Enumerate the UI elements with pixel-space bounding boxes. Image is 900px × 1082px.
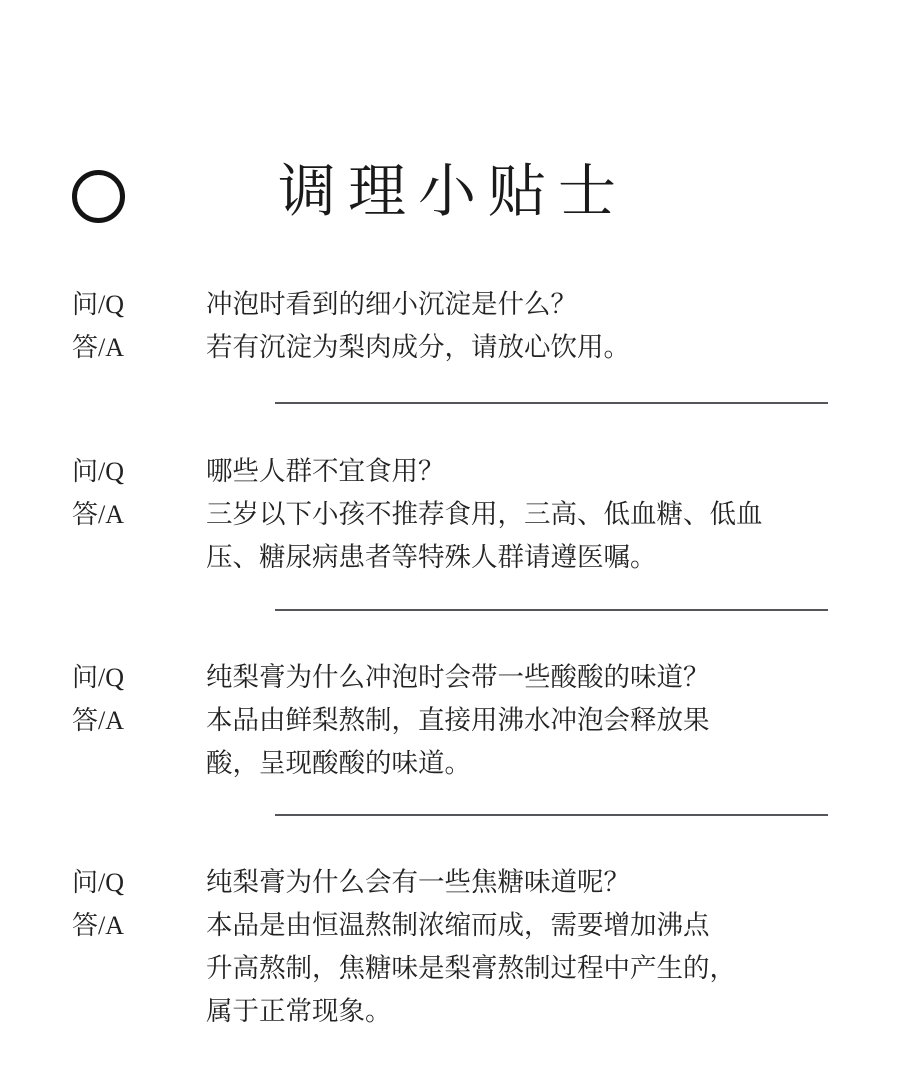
divider: [275, 402, 828, 404]
circle-outline-icon: [72, 170, 125, 223]
question-label: 问/Q: [72, 656, 206, 699]
qa-content: 哪些人群不宜食用？ 三岁以下小孩不推荐食用，三高、低血糖、低血 压、糖尿病患者等…: [206, 450, 772, 579]
answer-line: 升高熬制，焦糖味是梨膏熬制过程中产生的，: [206, 947, 772, 990]
qa-block-2: 问/Q 答/A 哪些人群不宜食用？ 三岁以下小孩不推荐食用，三高、低血糖、低血 …: [0, 450, 900, 579]
answer-label: 答/A: [72, 904, 206, 947]
answer-line: 本品是由恒温熬制浓缩而成，需要增加沸点: [206, 904, 772, 947]
divider: [275, 814, 828, 816]
answer-line: 属于正常现象。: [206, 990, 772, 1033]
qa-content: 纯梨膏为什么冲泡时会带一些酸酸的味道？ 本品由鲜梨熬制，直接用沸水冲泡会释放果 …: [206, 656, 772, 785]
answer-line: 三岁以下小孩不推荐食用，三高、低血糖、低血: [206, 493, 772, 536]
question-text: 冲泡时看到的细小沉淀是什么？: [206, 283, 772, 326]
question-text: 纯梨膏为什么冲泡时会带一些酸酸的味道？: [206, 656, 772, 699]
qa-labels: 问/Q 答/A: [0, 450, 206, 536]
qa-block-1: 问/Q 答/A 冲泡时看到的细小沉淀是什么？ 若有沉淀为梨肉成分，请放心饮用。: [0, 283, 900, 369]
answer-label: 答/A: [72, 493, 206, 536]
divider: [275, 609, 828, 611]
question-text: 哪些人群不宜食用？: [206, 450, 772, 493]
answer-line: 压、糖尿病患者等特殊人群请遵医嘱。: [206, 536, 772, 579]
answer-line: 酸，呈现酸酸的味道。: [206, 742, 772, 785]
qa-content: 纯梨膏为什么会有一些焦糖味道呢？ 本品是由恒温熬制浓缩而成，需要增加沸点 升高熬…: [206, 861, 772, 1033]
question-label: 问/Q: [72, 450, 206, 493]
question-label: 问/Q: [72, 861, 206, 904]
answer-line: 本品由鲜梨熬制，直接用沸水冲泡会释放果: [206, 699, 772, 742]
answer-label: 答/A: [72, 326, 206, 369]
qa-block-3: 问/Q 答/A 纯梨膏为什么冲泡时会带一些酸酸的味道？ 本品由鲜梨熬制，直接用沸…: [0, 656, 900, 785]
page-title: 调理小贴士: [278, 157, 628, 227]
answer-line: 若有沉淀为梨肉成分，请放心饮用。: [206, 326, 772, 369]
qa-labels: 问/Q 答/A: [0, 656, 206, 742]
qa-content: 冲泡时看到的细小沉淀是什么？ 若有沉淀为梨肉成分，请放心饮用。: [206, 283, 772, 369]
qa-labels: 问/Q 答/A: [0, 861, 206, 947]
answer-label: 答/A: [72, 699, 206, 742]
question-text: 纯梨膏为什么会有一些焦糖味道呢？: [206, 861, 772, 904]
faq-page: 调理小贴士 问/Q 答/A 冲泡时看到的细小沉淀是什么？ 若有沉淀为梨肉成分，请…: [0, 0, 900, 1082]
question-label: 问/Q: [72, 283, 206, 326]
qa-labels: 问/Q 答/A: [0, 283, 206, 369]
qa-block-4: 问/Q 答/A 纯梨膏为什么会有一些焦糖味道呢？ 本品是由恒温熬制浓缩而成，需要…: [0, 861, 900, 1033]
